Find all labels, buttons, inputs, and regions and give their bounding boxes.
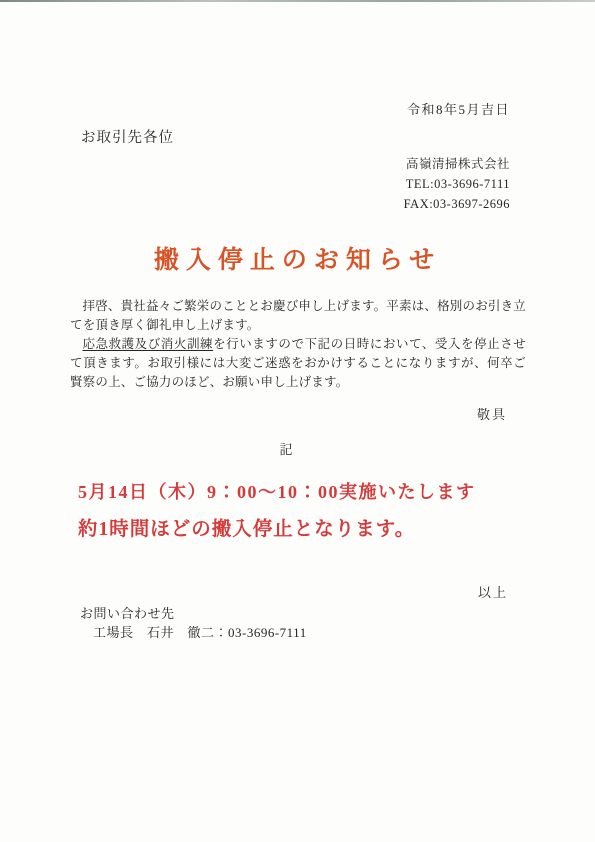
document-date: 令和8年5月吉日 xyxy=(407,99,510,118)
contact-label: お問い合わせ先 xyxy=(80,603,175,622)
sender-block: 高嶺清掃株式会社 TEL:03-3696-7111 FAX:03-3697-26… xyxy=(404,154,510,214)
contact-detail: 工場長 石井 徹二：03-3696-7111 xyxy=(93,622,307,641)
body-text: 拝啓、貴社益々ご繁栄のこととお慶び申し上げます。平素は、格別のお引き立てを頂き厚… xyxy=(70,297,526,392)
sender-tel: TEL:03-3696-7111 xyxy=(404,174,510,194)
sender-fax: FAX:03-3697-2696 xyxy=(404,194,510,214)
sender-company-name: 高嶺清掃株式会社 xyxy=(404,154,510,174)
notice-paragraph: 応急救護及び消火訓練を行いますので下記の日時において、受入を停止させて頂きます。… xyxy=(70,335,526,392)
duration-notice-line: 約1時間ほどの搬入停止となります。 xyxy=(78,513,415,541)
greeting-paragraph: 拝啓、貴社益々ご繁栄のこととお慶び申し上げます。平素は、格別のお引き立てを頂き厚… xyxy=(70,297,526,335)
recipient-line: お取引先各位 xyxy=(81,126,174,147)
schedule-notice-line: 5月14日（木）9：00～10：00実施いたします xyxy=(78,478,476,504)
record-marker-ki: 記 xyxy=(0,439,572,458)
end-marker-ijou: 以上 xyxy=(478,582,508,601)
document-title: 搬入停止のお知らせ xyxy=(0,240,595,276)
underlined-event-text: 応急救護及び消火訓練 xyxy=(83,337,214,351)
closing-keigu: 敬具 xyxy=(477,404,507,423)
scan-edge-artifact xyxy=(0,0,595,2)
scanned-notice-document: 令和8年5月吉日 お取引先各位 高嶺清掃株式会社 TEL:03-3696-711… xyxy=(0,0,595,842)
